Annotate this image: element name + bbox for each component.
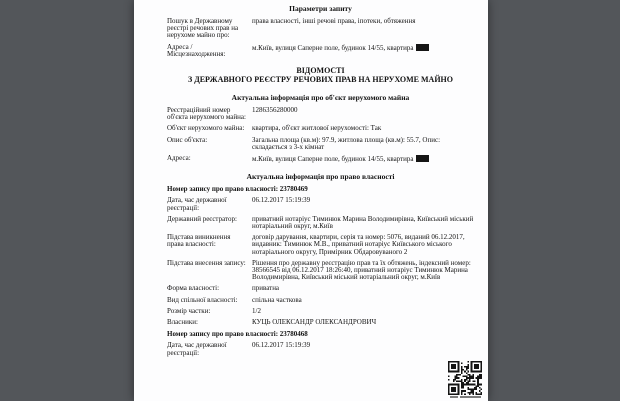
record1-row-ground: Підстава виникнення права власності: дог… xyxy=(167,234,474,256)
record1-row-date: Дата, час державної реєстрації: 06.12.20… xyxy=(167,197,474,211)
field-value: КУЦЬ ОЛЕКСАНДР ОЛЕКСАНДРОВИЧ xyxy=(252,319,474,326)
field-label: Підстава внесення запису: xyxy=(167,260,252,282)
object-rows: Реєстраційний номер об'єкта нерухомого м… xyxy=(167,107,474,163)
document-page: Параметри запиту Пошук в Державному реєс… xyxy=(134,0,488,401)
field-value: права власності, інші речові права, іпот… xyxy=(252,18,474,40)
field-value: спільна часткова xyxy=(252,297,474,304)
field-value: Загальна площа (кв.м): 97.9, житлова пло… xyxy=(252,137,474,151)
ownership-record2-heading: Номер запису про право власності: 237804… xyxy=(167,331,474,338)
field-label: Розмір частки: xyxy=(167,308,252,315)
redaction-box xyxy=(416,44,429,51)
ownership-record1-heading: Номер запису про право власності: 237804… xyxy=(167,186,474,193)
field-label: Дата, час державної реєстрації: xyxy=(167,342,252,356)
field-value: приватний нотаріус Тиминюк Марина Володи… xyxy=(252,216,474,230)
field-label: Підстава виникнення права власності: xyxy=(167,234,252,256)
object-row-description: Опис об'єкта: Загальна площа (кв.м): 97.… xyxy=(167,137,474,151)
record1-row-form: Форма власності: приватна xyxy=(167,285,474,292)
viewer-background: { "viewer": { "background_color": "#5356… xyxy=(0,0,620,401)
field-value: м.Київ, вулиця Саперне поле, будинок 14/… xyxy=(252,44,474,58)
object-row-type: Об'єкт нерухомого майна: квартира, об'єк… xyxy=(167,125,474,132)
field-value: м.Київ, вулиця Саперне поле, будинок 14/… xyxy=(252,155,474,163)
query-row-search: Пошук в Державному реєстрі речових прав … xyxy=(167,18,474,40)
field-value: договір дарування, квартири, серія та но… xyxy=(252,234,474,256)
main-title-line2: З ДЕРЖАВНОГО РЕЄСТРУ РЕЧОВИХ ПРАВ НА НЕР… xyxy=(167,76,474,85)
field-label: Реєстраційний номер об'єкта нерухомого м… xyxy=(167,107,252,121)
object-row-address: Адреса: м.Київ, вулиця Саперне поле, буд… xyxy=(167,155,474,163)
document-content: Параметри запиту Пошук в Державному реєс… xyxy=(134,0,488,357)
record1-row-basis: Підстава внесення запису: Рішення про де… xyxy=(167,260,474,282)
ownership-section-title: Актуальна інформація про право власності xyxy=(167,173,474,181)
field-label: Державний реєстратор: xyxy=(167,216,252,230)
field-label: Дата, час державної реєстрації: xyxy=(167,197,252,211)
ownership-record2-rows: Дата, час державної реєстрації: 06.12.20… xyxy=(167,342,474,356)
qr-caption-microtext xyxy=(448,396,482,398)
record1-row-shared-type: Вид спільної власності: спільна часткова xyxy=(167,297,474,304)
field-value: 06.12.2017 15:19:39 xyxy=(252,342,474,356)
query-rows: Пошук в Державному реєстрі речових прав … xyxy=(167,18,474,58)
address-text: м.Київ, вулиця Саперне поле, будинок 14/… xyxy=(252,155,414,163)
field-label: Власники: xyxy=(167,319,252,326)
field-label: Опис об'єкта: xyxy=(167,137,252,151)
field-label: Адреса / Місцезнаходження: xyxy=(167,44,252,58)
qr-code-icon xyxy=(448,361,482,395)
redaction-box xyxy=(416,155,429,162)
document-main-title: ВІДОМОСТІ З ДЕРЖАВНОГО РЕЄСТРУ РЕЧОВИХ П… xyxy=(167,67,474,84)
field-label: Об'єкт нерухомого майна: xyxy=(167,125,252,132)
field-label: Адреса: xyxy=(167,155,252,163)
object-section-title: Актуальна інформація про об'єкт нерухомо… xyxy=(167,94,474,102)
field-label: Вид спільної власності: xyxy=(167,297,252,304)
record1-row-owners: Власники: КУЦЬ ОЛЕКСАНДР ОЛЕКСАНДРОВИЧ xyxy=(167,319,474,326)
object-row-regnumber: Реєстраційний номер об'єкта нерухомого м… xyxy=(167,107,474,121)
qr-block xyxy=(448,361,482,398)
record1-row-registrar: Державний реєстратор: приватний нотаріус… xyxy=(167,216,474,230)
field-value: Рішення про державну реєстрацію прав та … xyxy=(252,260,474,282)
record1-row-share-size: Розмір частки: 1/2 xyxy=(167,308,474,315)
query-section-title: Параметри запиту xyxy=(167,5,474,13)
ownership-record1-rows: Дата, час державної реєстрації: 06.12.20… xyxy=(167,197,474,326)
field-label: Пошук в Державному реєстрі речових прав … xyxy=(167,18,252,40)
field-value: приватна xyxy=(252,285,474,292)
address-text: м.Київ, вулиця Саперне поле, будинок 14/… xyxy=(252,44,414,52)
field-label: Форма власності: xyxy=(167,285,252,292)
query-row-address: Адреса / Місцезнаходження: м.Київ, вулиц… xyxy=(167,44,474,58)
field-value: квартира, об'єкт житлової нерухомості: Т… xyxy=(252,125,474,132)
field-value: 1/2 xyxy=(252,308,474,315)
record2-row-date: Дата, час державної реєстрації: 06.12.20… xyxy=(167,342,474,356)
field-value: 06.12.2017 15:19:39 xyxy=(252,197,474,211)
field-value: 1286356280000 xyxy=(252,107,474,121)
